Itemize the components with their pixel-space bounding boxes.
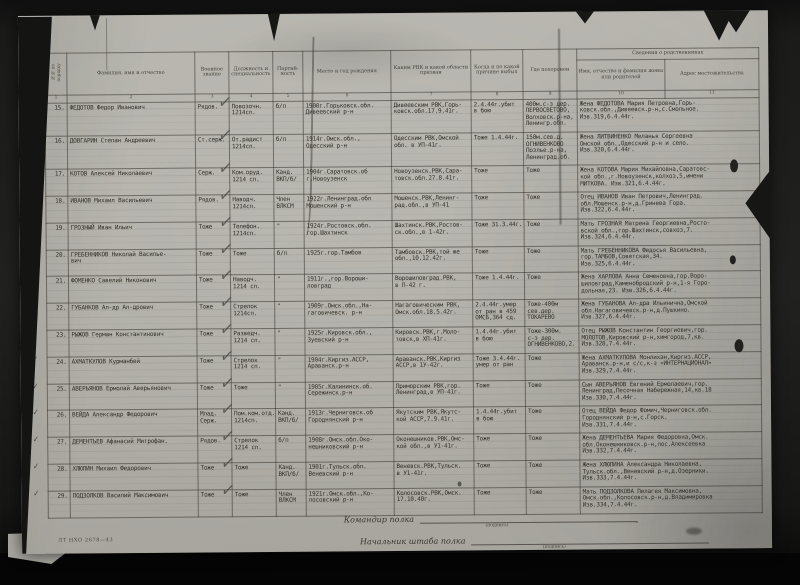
position-text: Телефон. 1214сп. xyxy=(233,223,260,237)
table-row: ✓29. ПОДЗОЛКОВ Василий Максимович Тоже ✓… xyxy=(48,485,762,517)
cell-relatives: Жена ФЕДОТОВА Мария Петровна,Горь- ковск… xyxy=(577,97,759,132)
column-header-rank: Военное звание xyxy=(195,52,229,94)
table-row: ✓15. ФЕДОТОВ Федор Иванович Рядов. ✓Пово… xyxy=(45,97,759,136)
cell-row-number: ✓17. xyxy=(46,169,68,196)
cell-burial: Тоже xyxy=(524,192,578,219)
paper-tear-notch xyxy=(268,14,280,41)
cell-burial: Тоже xyxy=(525,380,579,407)
row-number: 16. xyxy=(55,138,65,145)
cell-relatives: Жена ДЕМЕНТЬЕВА Мария Федоровна,Омск. об… xyxy=(580,432,762,460)
cell-casualty: 2.4.44г.умер от ран в 459 ОМСБ,364 сд. xyxy=(473,300,525,327)
cell-birth: 1924г.Ростовск.обл. гор.Шахтинск xyxy=(304,220,392,247)
paper-tear-notch xyxy=(90,15,100,30)
cell-name: АВЕРЬЯНОВ Ермолай Аверьянович xyxy=(69,383,197,411)
cell-name: ФЕДОТОВ Федор Иванович xyxy=(67,102,195,136)
column-header-index-label: №№ по порядку xyxy=(50,56,61,90)
cell-drafted-by: Оконешников.РВК,Омс- кой обл.,в У1-41г. xyxy=(394,434,474,461)
cell-relatives: Отец РЫЖОВ Константин Георгиевич,гор. МО… xyxy=(579,325,761,353)
column-number: 3 xyxy=(195,93,229,101)
cell-drafted-by: Нагаговическим РВК, Омск.обл.18.5.42г. xyxy=(393,300,473,327)
cell-rank: Млад. Серж. xyxy=(197,409,231,436)
cell-position: ✓Стрелок 1214 сп. xyxy=(232,436,276,463)
table-row: ✓16. ДОВГАРИН Степан Андреевич Ст.серж. … xyxy=(45,131,759,170)
cell-casualty: 2.4.44г.убит в бою xyxy=(471,99,523,133)
column-header-position: Должность и специальность xyxy=(229,51,273,93)
cell-drafted-by: Шахтинск.РВК,Ростов- ск.обл.,в 1-42г. xyxy=(392,220,472,247)
cell-name: ВЕЙДА Александр Федорович xyxy=(69,409,197,437)
cell-casualty: Тоже xyxy=(472,246,524,273)
row-number: 23. xyxy=(56,332,66,339)
cell-birth: 1925г.гор.Тамбов xyxy=(304,247,392,274)
column-header-relative-address: Адрес местожительства xyxy=(665,59,759,90)
cell-relatives: Жена АХМАТКУЛОВА Монлихан,Киргиз.АССР, А… xyxy=(579,351,761,379)
cell-burial: Тоже xyxy=(524,273,578,300)
cell-row-number: ✓23. xyxy=(47,330,69,357)
cell-row-number: ✓29. xyxy=(48,491,70,518)
cell-rank: Тоже xyxy=(196,222,230,249)
cell-row-number: ✓15. xyxy=(45,103,67,137)
cell-drafted-by: Веневск.РВК,Тульск. в У1-41г. xyxy=(394,461,474,488)
cell-relatives: Мать ГРОЗНАЯ Матрена Георгиевна,Росто- в… xyxy=(578,218,760,246)
cell-rank: Тоже xyxy=(197,382,231,409)
cell-birth: 1901г.Тульск.обл. Веневский р-н xyxy=(306,461,394,488)
cell-row-number: ✓16. xyxy=(45,136,67,170)
cell-position: ✓Телефон. 1214сп. xyxy=(230,221,274,248)
cell-burial: Тоже xyxy=(525,406,579,433)
cell-casualty: Тоже xyxy=(474,434,526,461)
cell-name: ГРЕБЕННИКОВ Николай Василье- вич xyxy=(68,249,196,277)
cell-relatives: Жена ХЛЮПИНА Александра Николаевна, Туль… xyxy=(580,459,762,487)
cell-position: ✓Стрелок 1214 сп. xyxy=(231,355,275,382)
cell-row-number: ✓27. xyxy=(48,437,70,464)
signature-line: (подпись) xyxy=(471,535,709,546)
row-number: 22. xyxy=(56,305,66,312)
row-number: 29. xyxy=(57,492,67,499)
cell-party: " xyxy=(275,301,305,328)
cell-party: Канд. ВКП/б/ xyxy=(276,462,306,489)
row-number: 19. xyxy=(55,224,65,231)
cell-row-number: ✓20. xyxy=(46,250,68,277)
row-number: 21. xyxy=(56,278,66,285)
cell-position: ✓Тоже xyxy=(232,462,276,489)
cell-position: ✓Тоже xyxy=(232,489,276,516)
cell-burial: Тоже xyxy=(524,246,578,273)
column-number: 1 xyxy=(45,95,67,103)
row-number: 17. xyxy=(55,171,65,178)
cell-birth: 1925г.Кировск.обл., Зуевский р-н xyxy=(305,328,393,355)
cell-birth: 1908г.Омск.обл.Око- нешниковский р-н xyxy=(306,435,394,462)
handwritten-check-icon: ✓ xyxy=(33,463,39,470)
cell-burial: 400м.с-з дер. ПЕРВОСВЕТОВО, Волховск.р-н… xyxy=(523,99,577,133)
cell-burial: Тоже xyxy=(525,353,579,380)
cell-rank: Рядов. xyxy=(198,436,232,463)
column-header-relative-name: Имя, отчество и фамилия жены или родител… xyxy=(577,59,665,90)
cell-birth: 1905г.Калининск.об. Сережинск.р-н xyxy=(305,381,393,408)
position-text: От.радист 1214сп. xyxy=(232,136,263,150)
cell-party: б/п xyxy=(276,435,306,462)
row-number: 18. xyxy=(55,198,65,205)
cell-row-number: ✓26. xyxy=(47,410,69,437)
cell-party: " xyxy=(275,328,305,355)
cell-party: б/п xyxy=(273,101,303,135)
commander-label: Командир полка xyxy=(344,515,414,525)
cell-drafted-by: Одесским РВК,Омской обл. в УП-41г. xyxy=(391,133,471,167)
paper-tear-notch xyxy=(745,169,772,241)
cell-rank: Серж. xyxy=(196,168,230,195)
cell-casualty: Тоже 1.4.44г. xyxy=(472,273,524,300)
cell-row-number: ✓21. xyxy=(46,277,68,304)
cell-party: " xyxy=(275,382,305,409)
cell-party: " xyxy=(274,221,304,248)
paper-hole xyxy=(734,339,743,352)
cell-burial: Тоже xyxy=(526,433,580,460)
scanned-document-screen: { "table": { "group_header": "Сведения о… xyxy=(0,0,800,585)
cell-name: ГУБАНКОВ Ал-др Ал-дрович xyxy=(69,302,197,330)
cell-position: ✓Тоже xyxy=(230,248,274,275)
table-header: №№ по порядку Фамилия, имя и отчество Во… xyxy=(45,48,759,103)
cell-name: ПОДЗОЛКОВ Василий Максимович xyxy=(70,490,198,518)
document-sheet: №№ по порядку Фамилия, имя и отчество Во… xyxy=(18,10,772,554)
row-number: 15. xyxy=(54,104,64,111)
cell-rank: Тоже xyxy=(196,275,230,302)
position-text: Ком.оруд. 1214 сп. xyxy=(232,169,263,183)
chief-of-staff-label: Начальник штаба полка xyxy=(360,536,465,546)
handwritten-check-icon: ✓ xyxy=(33,490,39,497)
cell-birth: 1921г.Омск.обл.,Ко- лосовский р-н xyxy=(306,488,394,515)
cell-drafted-by: Новоузенск.РВК,Сара- товск.обл.27.8.41г. xyxy=(392,166,472,193)
signature-hint: (подпись) xyxy=(543,545,566,550)
column-header-birth: Место и год рождения xyxy=(303,51,391,93)
row-number: 24. xyxy=(56,358,66,365)
position-text: Стрелок 1214 сп. xyxy=(234,437,261,451)
cell-name: ГРОЗНЫЙ Иван Ильич xyxy=(68,222,196,250)
cell-rank: Тоже xyxy=(198,490,232,517)
cell-casualty: Тоже xyxy=(472,193,524,220)
cell-party: б/п xyxy=(273,134,303,168)
cell-position: ✓Наводч. 1214сп. xyxy=(230,195,274,222)
cell-position: ✓Наводч. 1214 сп. xyxy=(230,275,274,302)
handwritten-check-icon: ✓ xyxy=(33,437,39,444)
cell-burial: Тоже-400м сев.дер. ТОКАРЕВО xyxy=(525,299,579,326)
position-text: Наводч. 1214 сп. xyxy=(233,277,260,291)
cell-relatives: Мать ПОДЗОЛКОВА Пелагея Максимовна, Омск… xyxy=(580,485,762,513)
position-text: Стрелок 1214 сп. xyxy=(234,357,261,371)
cell-position: ✓Повозочн. 1214сп. xyxy=(229,101,273,135)
cell-party: Канд. ВКП/б/ xyxy=(274,168,304,195)
cell-relatives: Жена ГУБАНОВА Ал-дра Ильинична,Омской об… xyxy=(579,298,761,326)
row-number: 27. xyxy=(57,439,67,446)
handwritten-check-icon: ✓ xyxy=(33,410,39,417)
casualty-roster-table: №№ по порядку Фамилия, имя и отчество Во… xyxy=(44,47,763,518)
cell-burial: Тоже xyxy=(526,487,580,514)
cell-birth: 1900г.Горьковск.обл. Дивеевский р-н xyxy=(303,100,391,134)
cell-relatives: Жена ХАРЛОВА Анна Семеновна,гор.Воро- ши… xyxy=(578,271,760,299)
position-text: Тоже xyxy=(233,250,247,257)
cell-drafted-by: Якутским РВК,Якутс- кой АССР,7.9.41г. xyxy=(393,407,473,434)
cell-burial: 150м.сев.д. ОГНИВЕНКОВО Позлье.р-на, Лен… xyxy=(523,132,577,166)
column-header-burial: Где похоронен xyxy=(523,49,577,91)
cell-drafted-by: Мошенск.РВК,Ленинг- рад.обл.,в УП-41 xyxy=(392,193,472,220)
cell-casualty: Тоже xyxy=(474,487,526,514)
position-text: Стрелок 1214сп. xyxy=(233,303,257,317)
position-text: Пом.ком.отд. 1214сп. xyxy=(234,410,275,424)
cell-row-number: ✓24. xyxy=(47,357,69,384)
cell-birth: 1904г.Саратовск.об г.Новоузенск xyxy=(304,167,392,194)
row-number: 26. xyxy=(57,412,67,419)
row-number: 20. xyxy=(55,251,65,258)
print-house-code: ЛТ НХО 2678—43 xyxy=(58,537,113,543)
column-header-casualty: Когда и по какой причине выбыл xyxy=(471,49,523,91)
position-text: Тоже xyxy=(234,384,248,391)
cell-burial: Тоже xyxy=(526,460,580,487)
cell-relatives: Отец ИВАНОВ Иван Петрович,Ленинград. обл… xyxy=(578,191,760,219)
cell-row-number: ✓18. xyxy=(46,196,68,223)
cell-position: ✓Разведч. 1214 сп. xyxy=(231,328,275,355)
cell-party: Член ВЛКСМ xyxy=(274,194,304,221)
column-number: 5 xyxy=(273,93,303,101)
cell-party: б/п xyxy=(274,248,304,275)
paper-tear-notch xyxy=(722,10,750,32)
cell-birth: 1904г.Киргиз.АССР, Араванск.р-н xyxy=(305,354,393,381)
scanner-background-band xyxy=(0,553,800,585)
position-text: Наводч. 1214сп. xyxy=(232,196,256,210)
row-number: 25. xyxy=(57,385,67,392)
paper-tear-notch xyxy=(576,11,594,23)
cell-party: " xyxy=(274,275,304,302)
signature-line: (подпись) xyxy=(420,513,638,524)
cell-position: ✓Стрелок 1214сп. xyxy=(231,302,275,329)
column-header-name: Фамилия, имя и отчество xyxy=(67,52,195,95)
cell-name: ДОВГАРИН Степан Андреевич xyxy=(67,135,195,169)
cell-row-number: ✓22. xyxy=(47,303,69,330)
cell-casualty: Тоже xyxy=(472,166,524,193)
position-text: Тоже xyxy=(234,464,248,471)
cell-burial: Тоже xyxy=(524,165,578,192)
cell-birth: 1911г.,гор.Вороши- ловград xyxy=(304,274,392,301)
row-number: 28. xyxy=(57,466,67,473)
column-header-party: Партий- ность xyxy=(273,51,303,93)
cell-row-number: ✓28. xyxy=(48,464,70,491)
cell-casualty: 1.4.44г.убит в бою xyxy=(473,407,525,434)
paper-hole xyxy=(730,255,736,264)
cell-birth: 1909г.Омск.обл.,На- гаговичевск. р-н xyxy=(305,301,393,328)
cell-name: ХЛЮПИН Михаил Федорович xyxy=(70,463,198,491)
column-header-drafted: Каким РВК и какой области призван xyxy=(391,50,471,92)
commander-signature-row: Командир полка(подпись) xyxy=(344,513,638,524)
ink-spot xyxy=(458,481,462,486)
cell-drafted-by: Приморским РВК,гор. Ленинград,в УП-41г. xyxy=(393,380,473,407)
position-text: Тоже xyxy=(235,491,249,498)
cell-burial: Тоже-300м. с-з дер. ОГНИВЕНКОВО,2. xyxy=(525,326,579,353)
cell-drafted-by: Тамбовск.РВК,той же обл.,10.12.42г. xyxy=(392,247,472,274)
chief-of-staff-signature-row: Начальник штаба полка(подпись) xyxy=(360,535,709,547)
cell-drafted-by: Араванск.РВК,Киргиз АССР,в 1У-42г. xyxy=(393,354,473,381)
cell-position: ✓От.радист 1214сп. xyxy=(229,134,273,168)
cell-casualty: Тоже 1.4.44г. xyxy=(471,132,523,166)
cell-party: Канд. ВКП/б/ xyxy=(275,409,305,436)
cell-birth: 1913г.Черниговск.об Городнянский р-н xyxy=(305,408,393,435)
cell-casualty: Тоже 31.3.44г. xyxy=(472,219,524,246)
cell-rank: Тоже xyxy=(197,302,231,329)
cell-name: ФОМЕНКО Савелий Никонович xyxy=(68,276,196,304)
cell-casualty: 1.4.44г.убит в бою xyxy=(473,327,525,354)
cell-casualty: Тоже xyxy=(474,460,526,487)
cell-position: ✓Тоже xyxy=(231,382,275,409)
cell-drafted-by: Кировск.РВК,г.Моло- товск,в ХП-41г. xyxy=(393,327,473,354)
cell-birth: 1922г.Ленинград.обл Мошенский р-н xyxy=(304,194,392,221)
position-text: Разведч. 1214 сп. xyxy=(233,330,260,344)
cell-rank: Рядов. xyxy=(196,195,230,222)
cell-rank: Тоже xyxy=(197,356,231,383)
cell-relatives: Сын АВЕРЬЯНОВ Евгений Ермолаевич,гор. Ле… xyxy=(579,378,761,406)
cell-name: ДЕМЕНТЬЕВ Афанасий Митрофан. xyxy=(70,436,198,464)
cell-drafted-by: Колосовск.РВК,Омск. 17.10.40г. xyxy=(394,488,474,515)
cell-rank: Тоже xyxy=(197,329,231,356)
cell-drafted-by: Ворошиловград.РВК, в П-42 г. xyxy=(392,273,472,300)
cell-name: КОТОВ Алексей Николаевич xyxy=(68,168,196,196)
cell-rank: Тоже xyxy=(198,463,232,490)
cell-position: ✓Ком.оруд. 1214 сп. xyxy=(230,168,274,195)
cell-party: " xyxy=(275,355,305,382)
cell-name: АХМАТКУЛОВ Курманбей xyxy=(69,356,197,384)
signature-hint: (подпись) xyxy=(485,523,508,528)
cell-party: Член ВЛКСМ xyxy=(276,489,306,516)
cell-casualty: Тоже xyxy=(473,380,525,407)
cell-row-number: ✓19. xyxy=(46,223,68,250)
cell-row-number: ✓25. xyxy=(47,384,69,411)
cell-relatives: Отец ВЕЙДА Федор Фомич,Черниговск.обл. Г… xyxy=(579,405,761,433)
cell-name: ИВАНОВ Михаил Васильевич xyxy=(68,195,196,223)
cell-burial: Тоже xyxy=(524,219,578,246)
cell-rank: Рядов. xyxy=(195,101,229,135)
cell-rank: Ст.серж. xyxy=(195,135,229,169)
position-text: Повозочн. 1214сп. xyxy=(232,103,263,117)
cell-position: ✓Пом.ком.отд. 1214сп. xyxy=(231,409,275,436)
cell-name: РЫЖОВ Герман Константинович xyxy=(69,329,197,357)
cell-rank: Тоже xyxy=(196,248,230,275)
cell-birth: 1914г.Омск.обл., Одесский р-н xyxy=(303,133,391,167)
paper-hole xyxy=(730,159,738,172)
table-body: ✓15. ФЕДОТОВ Федор Иванович Рядов. ✓Пово… xyxy=(45,97,762,518)
cell-casualty: Тоже 3.4.44г. умер от ран xyxy=(473,353,525,380)
cell-drafted-by: Дивеевским РВК,Горь- ковск.обл.17.9.41г. xyxy=(391,99,471,133)
